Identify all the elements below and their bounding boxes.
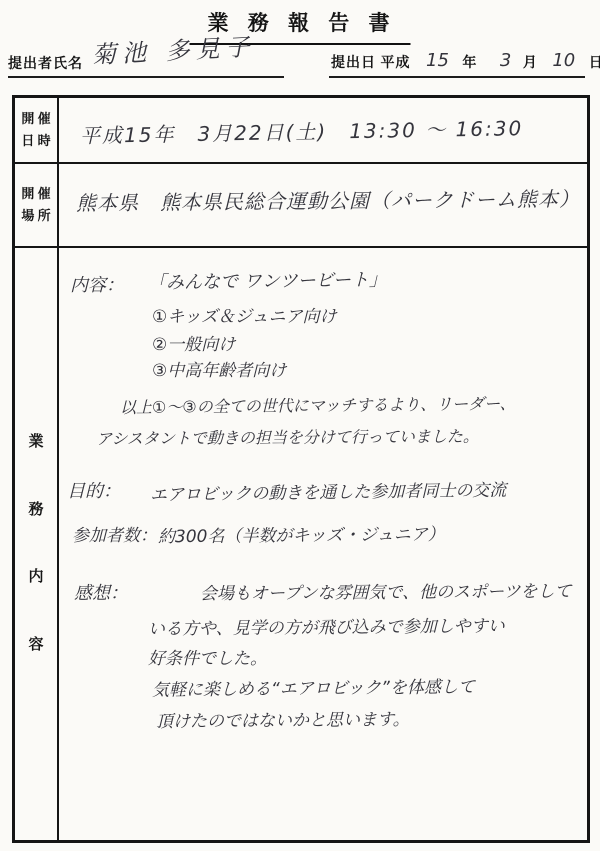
table-row-location: 開 催 場 所 xyxy=(15,164,587,248)
submit-date-day-unit: 日 xyxy=(589,52,600,72)
submitter-name-handwritten: 菊池 多見子 xyxy=(91,34,256,70)
row-label-datetime-line1: 開 催 xyxy=(21,108,50,130)
row-label-datetime: 開 催 日 時 xyxy=(15,98,59,162)
submitter-name-underline xyxy=(8,76,284,78)
row-label-content: 業 務 内 容 xyxy=(15,248,59,840)
row-label-content-char4: 容 xyxy=(28,633,43,659)
submit-date-label: 提出日 平成 xyxy=(331,52,411,72)
submit-date-year-unit: 年 xyxy=(462,52,476,72)
submit-date-month-value: 3 xyxy=(500,51,511,72)
submit-date-year-value: 15 xyxy=(426,51,449,72)
row-label-content-char2: 務 xyxy=(28,498,43,524)
submit-date-underline xyxy=(329,76,585,78)
row-label-location-line1: 開 催 xyxy=(21,183,50,205)
table-row-datetime: 開 催 日 時 xyxy=(15,98,587,164)
row-label-content-char3: 内 xyxy=(28,565,43,591)
report-table: 開 催 日 時 開 催 場 所 業 務 内 容 xyxy=(12,95,590,843)
table-row-content: 業 務 内 容 xyxy=(15,248,587,840)
submit-date-month-unit: 月 xyxy=(523,52,537,72)
report-page: 業 務 報 告 書 提出者氏名 菊池 多見子 提出日 平成 15 年 3 月 1… xyxy=(0,0,600,851)
row-label-location-line2: 場 所 xyxy=(21,205,50,227)
submitter-label: 提出者氏名 xyxy=(8,53,83,73)
row-label-location: 開 催 場 所 xyxy=(15,164,59,246)
submit-date-day-value: 10 xyxy=(552,51,575,72)
row-label-datetime-line2: 日 時 xyxy=(21,130,50,152)
row-label-content-char1: 業 xyxy=(28,430,43,456)
submit-date-line: 提出日 平成 15 年 3 月 10 日 xyxy=(331,52,600,73)
